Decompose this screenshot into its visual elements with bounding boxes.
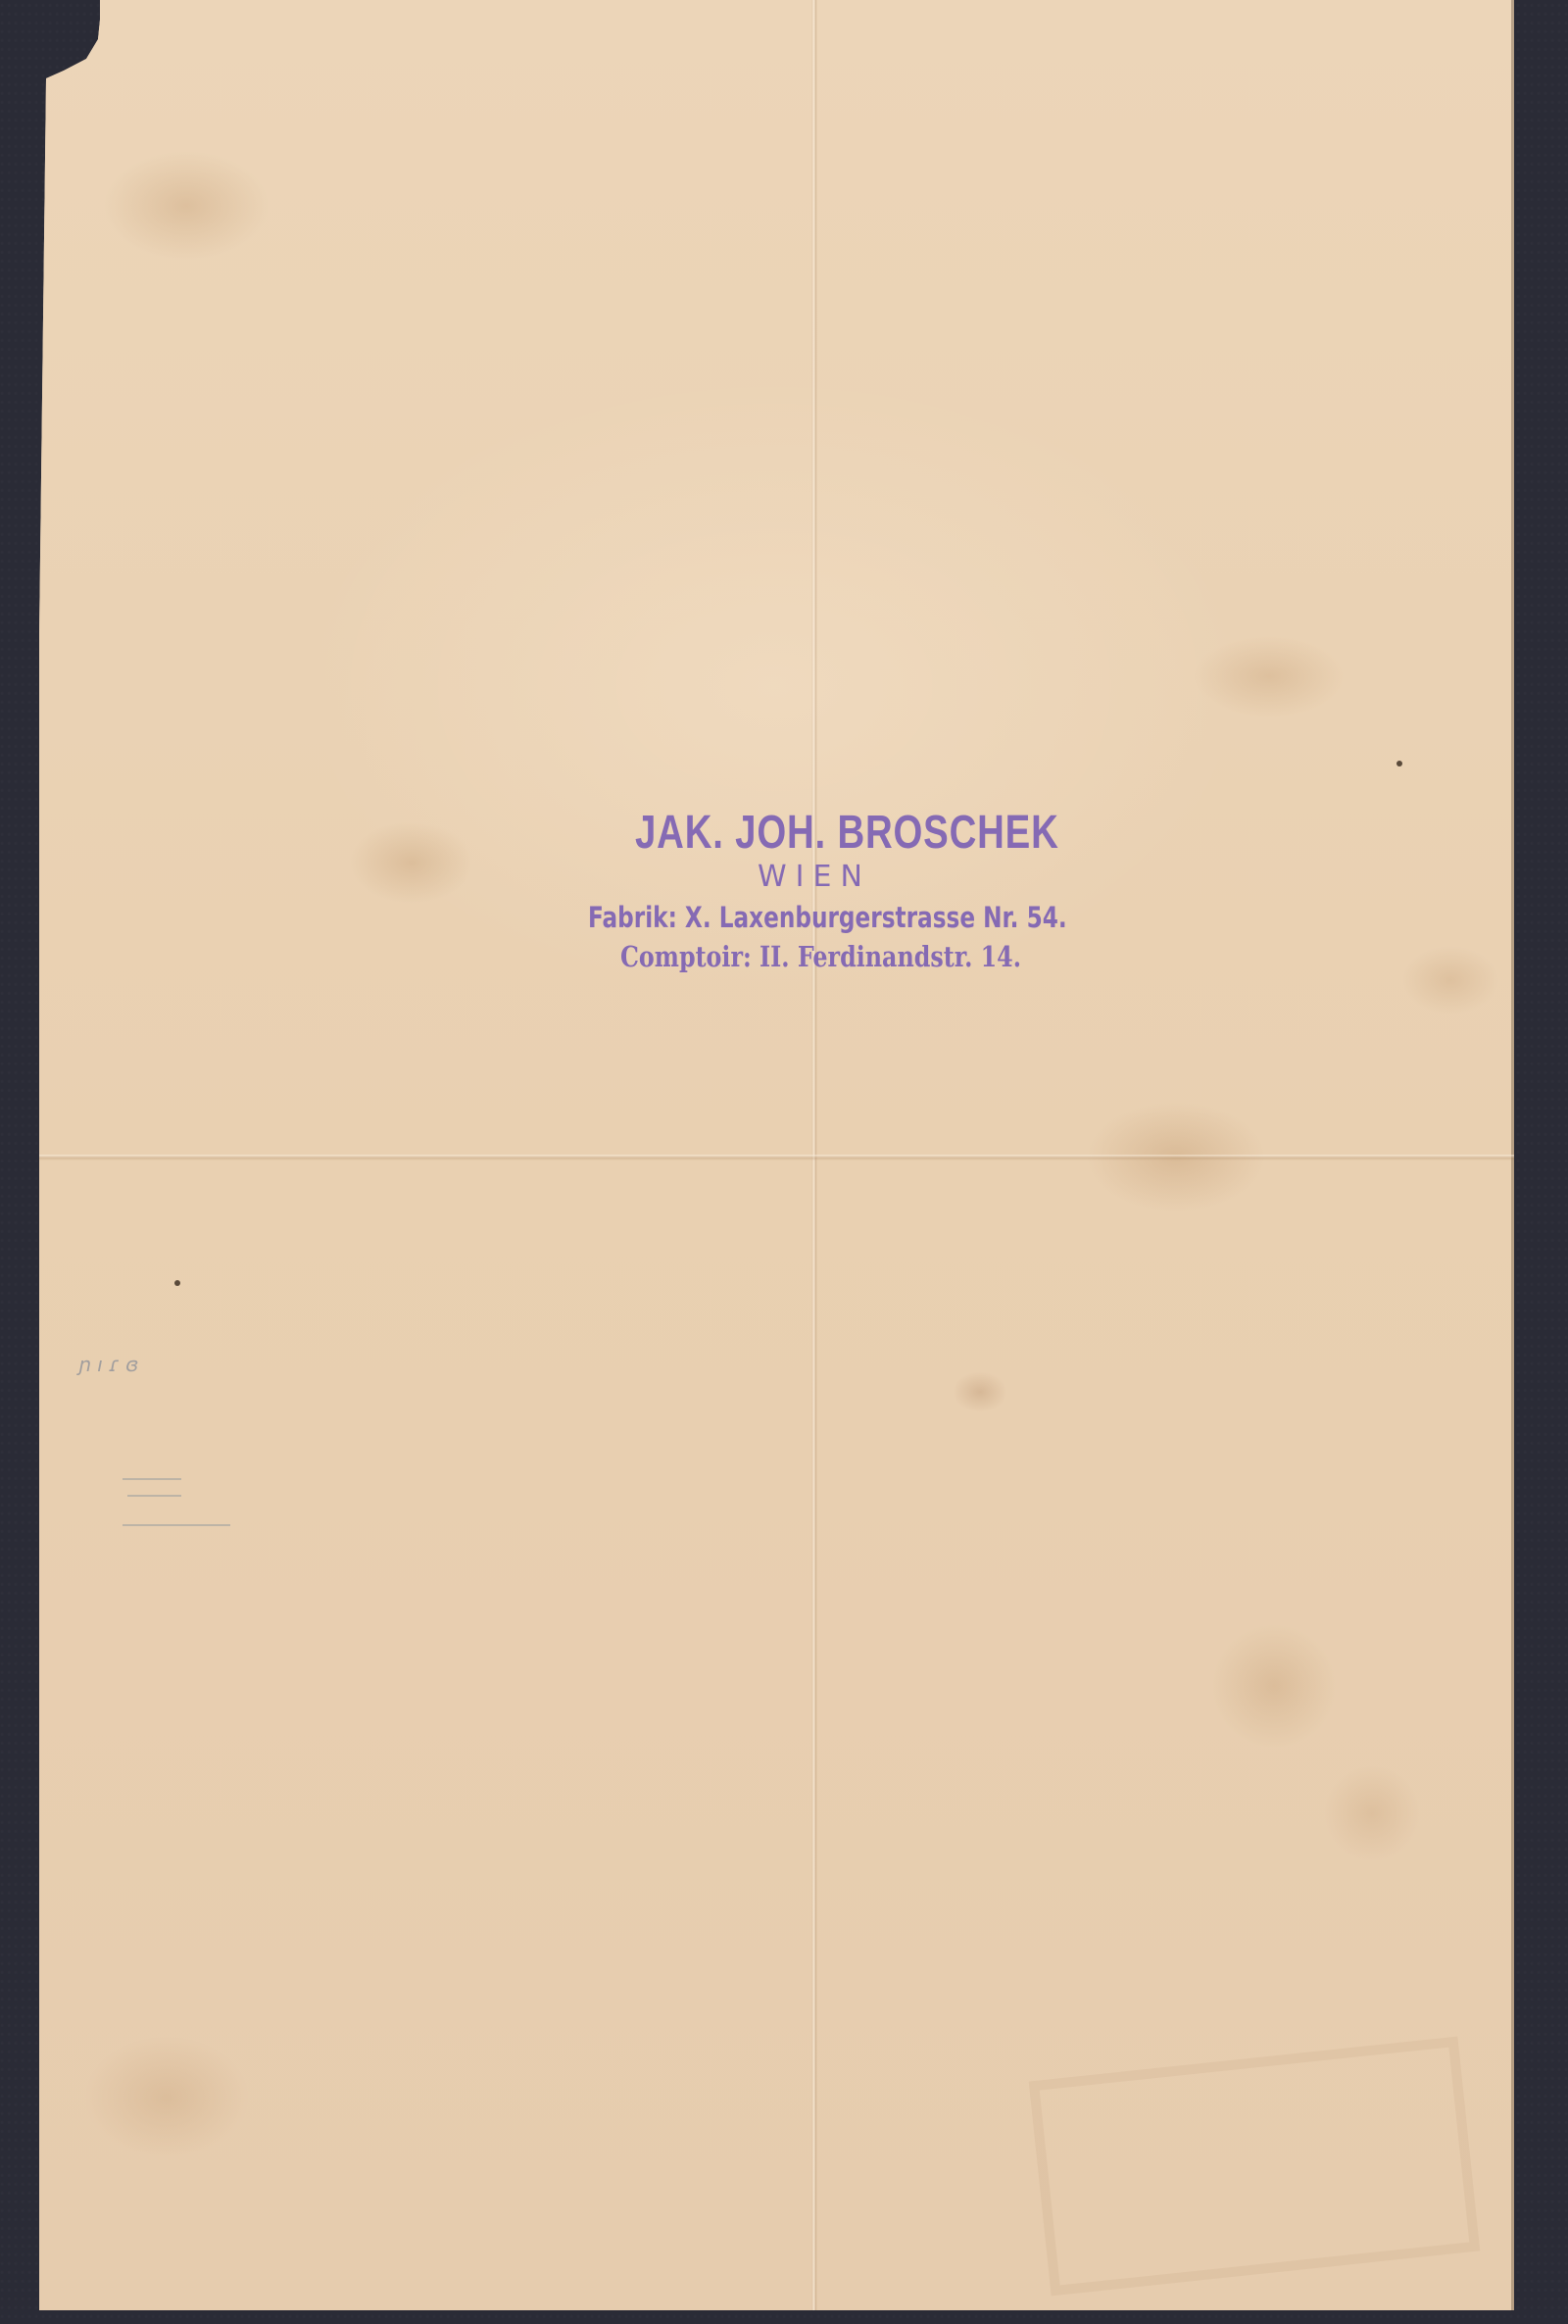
- paper-sheet: ɲ ı ɾ ɞ: [39, 0, 1514, 2310]
- stamp-factory-address: Fabrik: X. Laxenburgerstrasse Nr. 54.: [588, 904, 1067, 932]
- stamp-company-name: JAK. JOH. BROSCHEK: [635, 810, 933, 857]
- pencil-line: [127, 1495, 181, 1497]
- paper-speck: [1396, 761, 1402, 766]
- pencil-line: [122, 1524, 230, 1526]
- pencil-line: [122, 1478, 181, 1480]
- paper-speck: [174, 1280, 180, 1286]
- stamp-office-address: Comptoir: II. Ferdinandstr. 14.: [620, 943, 1021, 971]
- scan-background: ɲ ı ɾ ɞ JAK. JOH. BROSCHEK WIEN Fabrik: …: [0, 0, 1568, 2324]
- pencil-mark: ɲ ı ɾ ɞ: [78, 1353, 138, 1376]
- stamp-city: WIEN: [758, 863, 871, 892]
- horizontal-fold-line: [39, 1155, 1514, 1161]
- show-through-stamp: [1029, 2037, 1481, 2297]
